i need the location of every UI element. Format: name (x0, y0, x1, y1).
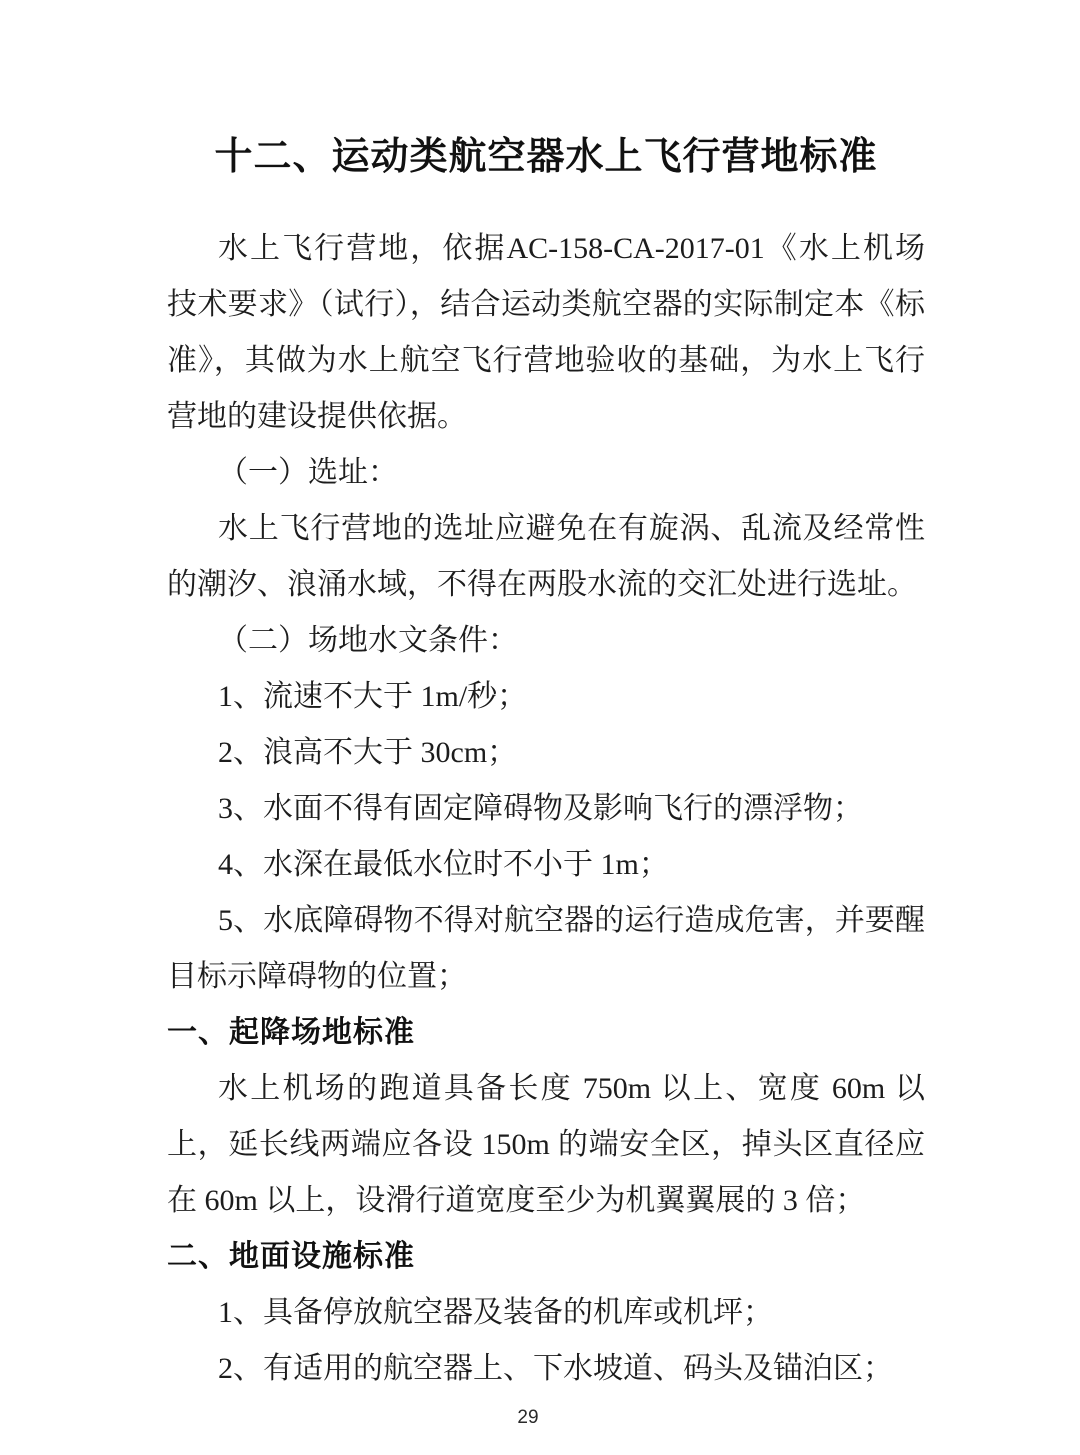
section-heading-takeoff-landing-field: 一、起降场地标准 (167, 1005, 925, 1061)
page-number: 29 (0, 1407, 1056, 1429)
hydrology-item-2: 2、浪高不大于 30cm； (167, 725, 925, 781)
subsection-site-selection-label: （一）选址： (167, 445, 925, 501)
ground-facility-item-2: 2、有适用的航空器上、下水坡道、码头及锚泊区； (167, 1341, 925, 1397)
ground-facility-item-1: 1、具备停放航空器及装备的机库或机坪； (167, 1285, 925, 1341)
document-page: 十二、运动类航空器水上飞行营地标准 水上飞行营地，依据AC-158-CA-201… (0, 0, 1080, 1455)
hydrology-item-4: 4、水深在最低水位时不小于 1m； (167, 837, 925, 893)
hydrology-item-5: 5、水底障碍物不得对航空器的运行造成危害，并要醒目标示障碍物的位置； (167, 893, 925, 1005)
site-selection-paragraph: 水上飞行营地的选址应避免在有旋涡、乱流及经常性的潮汐、浪涌水域，不得在两股水流的… (167, 501, 925, 613)
hydrology-item-3: 3、水面不得有固定障碍物及影响飞行的漂浮物； (167, 781, 925, 837)
intro-paragraph: 水上飞行营地，依据AC-158-CA-2017-01《水上机场技术要求》（试行）… (167, 221, 925, 445)
runway-standard-paragraph: 水上机场的跑道具备长度 750m 以上、宽度 60m 以上，延长线两端应各设 1… (167, 1061, 925, 1229)
section-heading-ground-facilities: 二、地面设施标准 (167, 1229, 925, 1285)
page-title: 十二、运动类航空器水上飞行营地标准 (167, 133, 925, 181)
hydrology-item-1: 1、流速不大于 1m/秒； (167, 669, 925, 725)
subsection-hydrology-label: （二）场地水文条件： (167, 613, 925, 669)
